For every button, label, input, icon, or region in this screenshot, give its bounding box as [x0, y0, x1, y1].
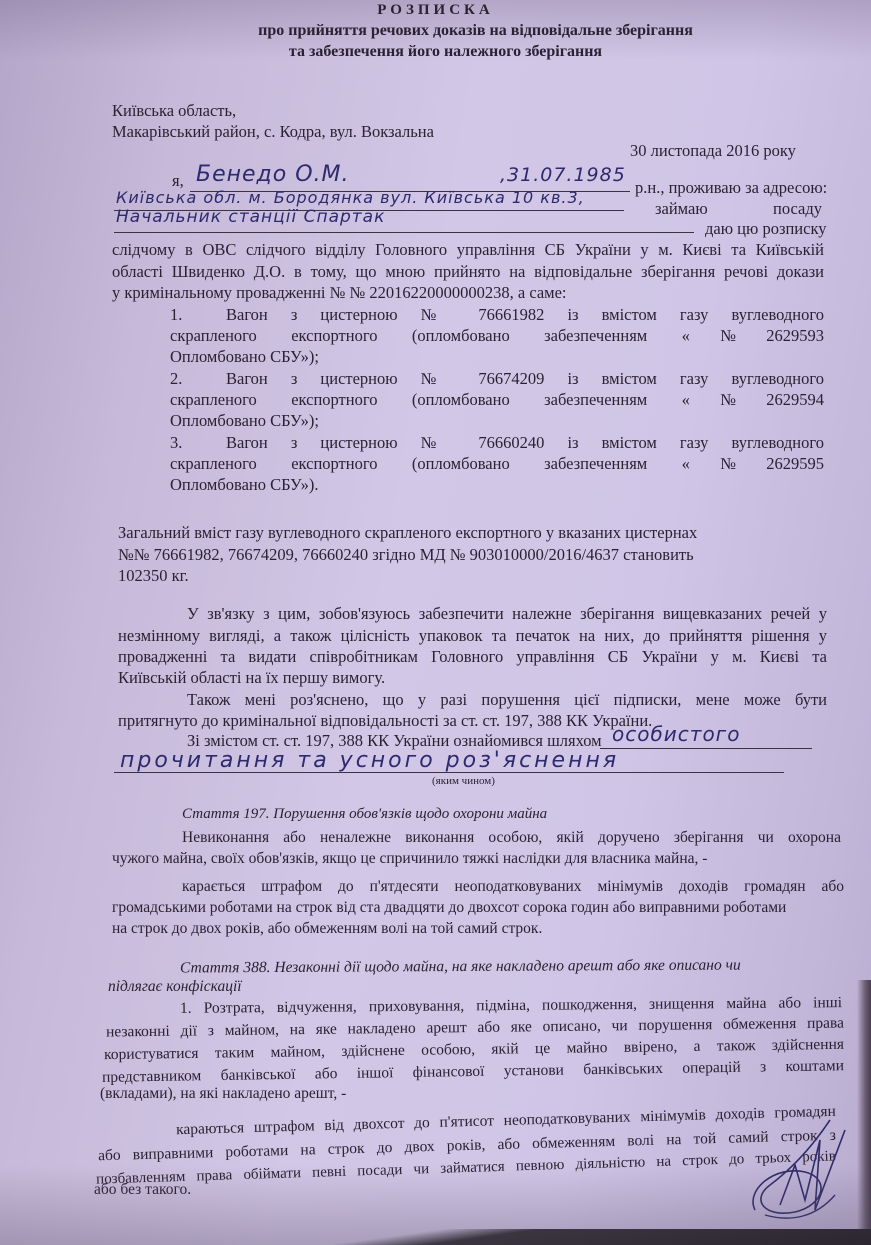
item-number: 2. — [170, 369, 182, 389]
handwritten-address: Київська обл. м. Бородянка вул. Київська… — [116, 188, 585, 207]
article-388-p1-line-1: 1. Розтрата, відчуження, приховування, п… — [180, 994, 842, 1018]
item-number: 3. — [170, 433, 182, 453]
position-label-2: посаду — [773, 199, 822, 219]
handwritten-method-2: прочитання та усного роз'яснення — [120, 748, 619, 773]
obligation-line-3: провадженні та видати співробітникам Гол… — [118, 647, 827, 667]
intro-line-2: області Швиденко Д.О. в тому, що мною пр… — [112, 262, 824, 282]
item-line-1: Вагон з цистерною № 76661982 із вмістом … — [226, 305, 824, 325]
article-197-p2-line-3: на строк до двох років, або обмеженням в… — [112, 920, 542, 938]
article-197-p2-line-1: карається штрафом до п'ятдесяти неоподат… — [182, 878, 844, 896]
total-line-1: Загальний вміст газу вуглеводного скрапл… — [118, 523, 697, 543]
obligation-line-1: У зв'язку з цим, зобов'язуюсь забезпечит… — [187, 604, 827, 624]
item-number: 1. — [170, 305, 182, 325]
document-subtitle-line-2: та забезпечення його належного зберіганн… — [10, 43, 871, 61]
handwritten-position: Начальник станції Спартак — [116, 207, 385, 227]
method-underline-2 — [114, 772, 784, 773]
article-388-heading-line-2: підлягає конфіскації — [108, 978, 242, 996]
photo-background-edge — [0, 1229, 871, 1245]
handwritten-birthdate: ,31.07.1985 — [500, 164, 626, 186]
receipt-text: даю цю розписку — [705, 219, 827, 239]
item-line-3: Опломбовано СБУ»). — [170, 475, 319, 495]
item-line-1: Вагон з цистерною № 76674209 із вмістом … — [226, 369, 824, 389]
document-date: 30 листопада 2016 року — [630, 141, 796, 161]
warning-line-2: притягнуто до кримінальної відповідально… — [118, 711, 652, 731]
article-388-p1-line-5: (вкладами), на які накладено арешт, - — [100, 1085, 346, 1103]
item-line-2: скрапленого експортного (опломбовано заб… — [170, 390, 824, 410]
method-hint: (яким чином) — [432, 775, 495, 787]
obligation-line-4: Київській області на їх першу вимогу. — [118, 668, 385, 688]
article-197-p1-line-2: чужого майна, своїх обов'язків, якщо це … — [112, 850, 707, 868]
handwritten-method-1: особистого — [612, 722, 740, 746]
item-line-2: скрапленого експортного (опломбовано заб… — [170, 326, 824, 346]
document-subtitle-line-1: про прийняття речових доказів на відпові… — [40, 22, 871, 40]
warning-line-1: Також мені роз'яснено, що у разі порушен… — [187, 690, 827, 710]
location-address: Макарівський район, с. Кодра, вул. Вокза… — [112, 122, 434, 142]
article-197-p1-line-1: Невиконання або неналежне виконання особ… — [182, 829, 841, 847]
birth-suffix: р.н., проживаю за адресою: — [635, 178, 827, 198]
item-line-3: Опломбовано СБУ»); — [170, 411, 319, 431]
document-title: РОЗПИСКА — [0, 2, 871, 19]
article-197-heading: Стаття 197. Порушення обов'язків щодо ох… — [182, 806, 547, 823]
item-line-2: скрапленого експортного (опломбовано заб… — [170, 454, 824, 474]
article-197-p2-line-2: громадськими роботами на строк від ста д… — [112, 899, 786, 917]
photo-edge-right — [857, 980, 871, 1245]
intro-line-3: у кримінальному провадженні № № 22016220… — [112, 283, 567, 303]
position-underline — [114, 232, 694, 233]
total-line-2: №№ 76661982, 76674209, 76660240 згідно М… — [118, 545, 694, 565]
handwritten-name: Бенедо О.М. — [196, 162, 350, 187]
obligation-line-2: незмінному вигляді, а також цілісність у… — [118, 626, 827, 646]
item-line-1: Вагон з цистерною № 76660240 із вмістом … — [226, 433, 824, 453]
article-388-heading-line-1: Стаття 388. Незаконні дії щодо майна, на… — [180, 957, 741, 978]
total-line-3: 102350 кг. — [118, 566, 189, 586]
item-line-3: Опломбовано СБУ»); — [170, 347, 319, 367]
location-region: Київська область, — [112, 101, 236, 121]
intro-line-1: слідчому в ОВС слідчого відділу Головног… — [112, 240, 824, 260]
method-underline-1 — [600, 748, 812, 749]
position-label-1: займаю — [655, 199, 708, 219]
signature-icon — [735, 1110, 855, 1235]
article-388-p2-line-4: або без такого. — [94, 1181, 191, 1199]
